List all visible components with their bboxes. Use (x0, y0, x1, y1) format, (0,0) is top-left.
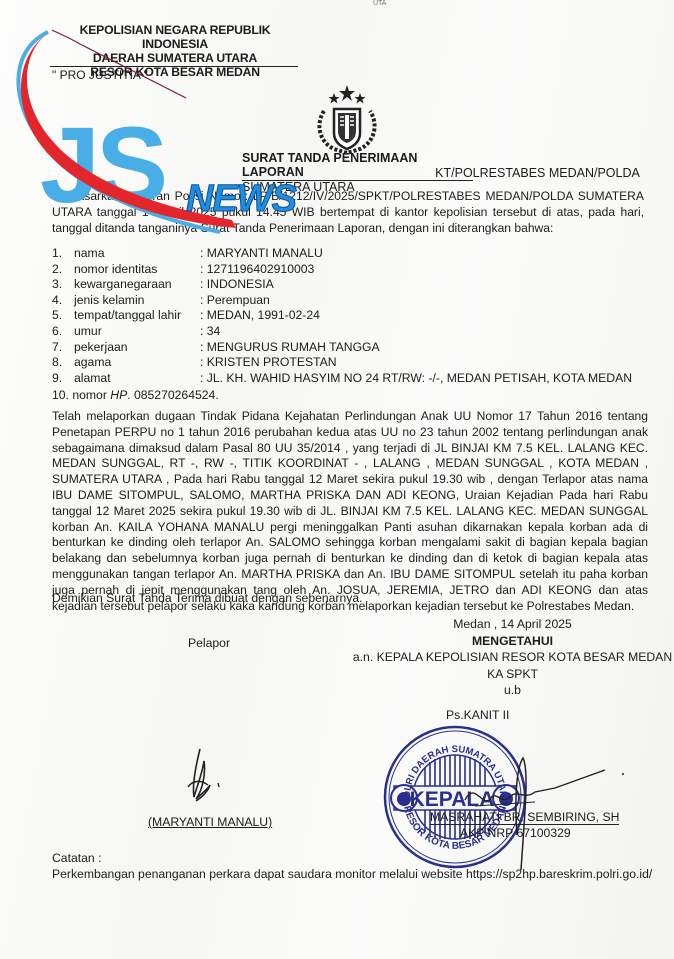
identity-value: : 34 (200, 324, 220, 340)
identity-row: 7.pekerjaan: MENGURUS RUMAH TANGGA (52, 340, 632, 356)
identity-row: 3.kewarganegaraan: INDONESIA (52, 277, 632, 293)
identity-num: 2. (52, 262, 74, 278)
identity-row: 5.tempat/tanggal lahir: MEDAN, 1991-02-2… (52, 308, 632, 324)
document-page: UTA KEPOLISIAN NEGARA REPUBLIK INDONESIA… (0, 0, 674, 959)
intro-paragraph: Berdasarkan Laporan Polisi Nomor: LP/B/1… (52, 189, 644, 236)
identity-value: : INDONESIA (200, 277, 274, 293)
classification-label: " PRO JUSTITIA " (52, 68, 148, 82)
top-cropped-text: UTA (373, 0, 386, 7)
identity-num: 9. (52, 371, 74, 387)
identity-row: 4.jenis kelamin: Perempuan (52, 293, 632, 309)
reporter-signature-icon (178, 745, 228, 805)
identity-label: pekerjaan (74, 340, 200, 356)
reporter-name: (MARYANTI MANALU) (148, 815, 272, 829)
identity-value: : Perempuan (200, 293, 270, 309)
ub: u.b (350, 682, 674, 699)
identity-label: alamat (74, 371, 200, 387)
note-label: Catatan : (52, 851, 101, 865)
identity-num: 7. (52, 340, 74, 356)
identity-label: tempat/tanggal lahir (74, 308, 200, 324)
report-paragraph: Telah melaporkan dugaan Tindak Pidana Ke… (52, 409, 648, 614)
identity-value: : 1271196402910003 (200, 262, 314, 278)
identity-label: nomor identitas (74, 262, 200, 278)
identity-num: 4. (52, 293, 74, 309)
identity-label: jenis kelamin (74, 293, 200, 309)
letterhead-line-1: KEPOLISIAN NEGARA REPUBLIK INDONESIA (55, 23, 295, 51)
closing-statement: Demikian Surat Tanda Terima dibuat denga… (52, 591, 363, 605)
identity-num: 3. (52, 277, 74, 293)
reporter-label: Pelapor (188, 636, 230, 650)
note-text: Perkembangan penanganan perkara dapat sa… (52, 867, 652, 881)
identity-num: 6. (52, 324, 74, 340)
identity-list: 1.nama: MARYANTI MANALU2.nomor identitas… (52, 246, 632, 386)
identity-row: 9.alamat: JL. KH. WAHID HASYIM NO 24 RT/… (52, 371, 632, 387)
place-date: Medan , 14 April 2025 (350, 616, 674, 633)
letterhead-line-2: DAERAH SUMATERA UTARA (55, 51, 295, 65)
phone-number: 10. nomor HP. 085270264524. (52, 388, 219, 402)
authority-block: Medan , 14 April 2025 MENGETAHUI a.n. KE… (350, 616, 674, 699)
identity-value: : MARYANTI MANALU (200, 246, 323, 262)
identity-value: : MEDAN, 1991-02-24 (200, 308, 320, 324)
unit: KA SPKT (350, 666, 674, 683)
identity-row: 8.agama: KRISTEN PROTESTAN (52, 355, 632, 371)
identity-row: 1.nama: MARYANTI MANALU (52, 246, 632, 262)
police-emblem-icon (312, 83, 382, 155)
position-label: Ps.KANIT II (446, 708, 509, 722)
identity-row: 6.umur: 34 (52, 324, 632, 340)
acknowledged-label: MENGETAHUI (350, 633, 674, 650)
identity-num: 5. (52, 308, 74, 324)
letterhead-divider (50, 66, 298, 67)
identity-num: 8. (52, 355, 74, 371)
identity-label: nama (74, 246, 200, 262)
identity-row: 2.nomor identitas: 1271196402910003 (52, 262, 632, 278)
on-behalf: a.n. KEPALA KEPOLISIAN RESOR KOTA BESAR … (350, 649, 674, 666)
identity-value: : MENGURUS RUMAH TANGGA (200, 340, 380, 356)
identity-label: kewarganegaraan (74, 277, 200, 293)
identity-label: umur (74, 324, 200, 340)
identity-num: 1. (52, 246, 74, 262)
identity-value: : JL. KH. WAHID HASYIM NO 24 RT/RW: -/-,… (200, 371, 632, 387)
identity-label: agama (74, 355, 200, 371)
identity-value: : KRISTEN PROTESTAN (200, 355, 337, 371)
